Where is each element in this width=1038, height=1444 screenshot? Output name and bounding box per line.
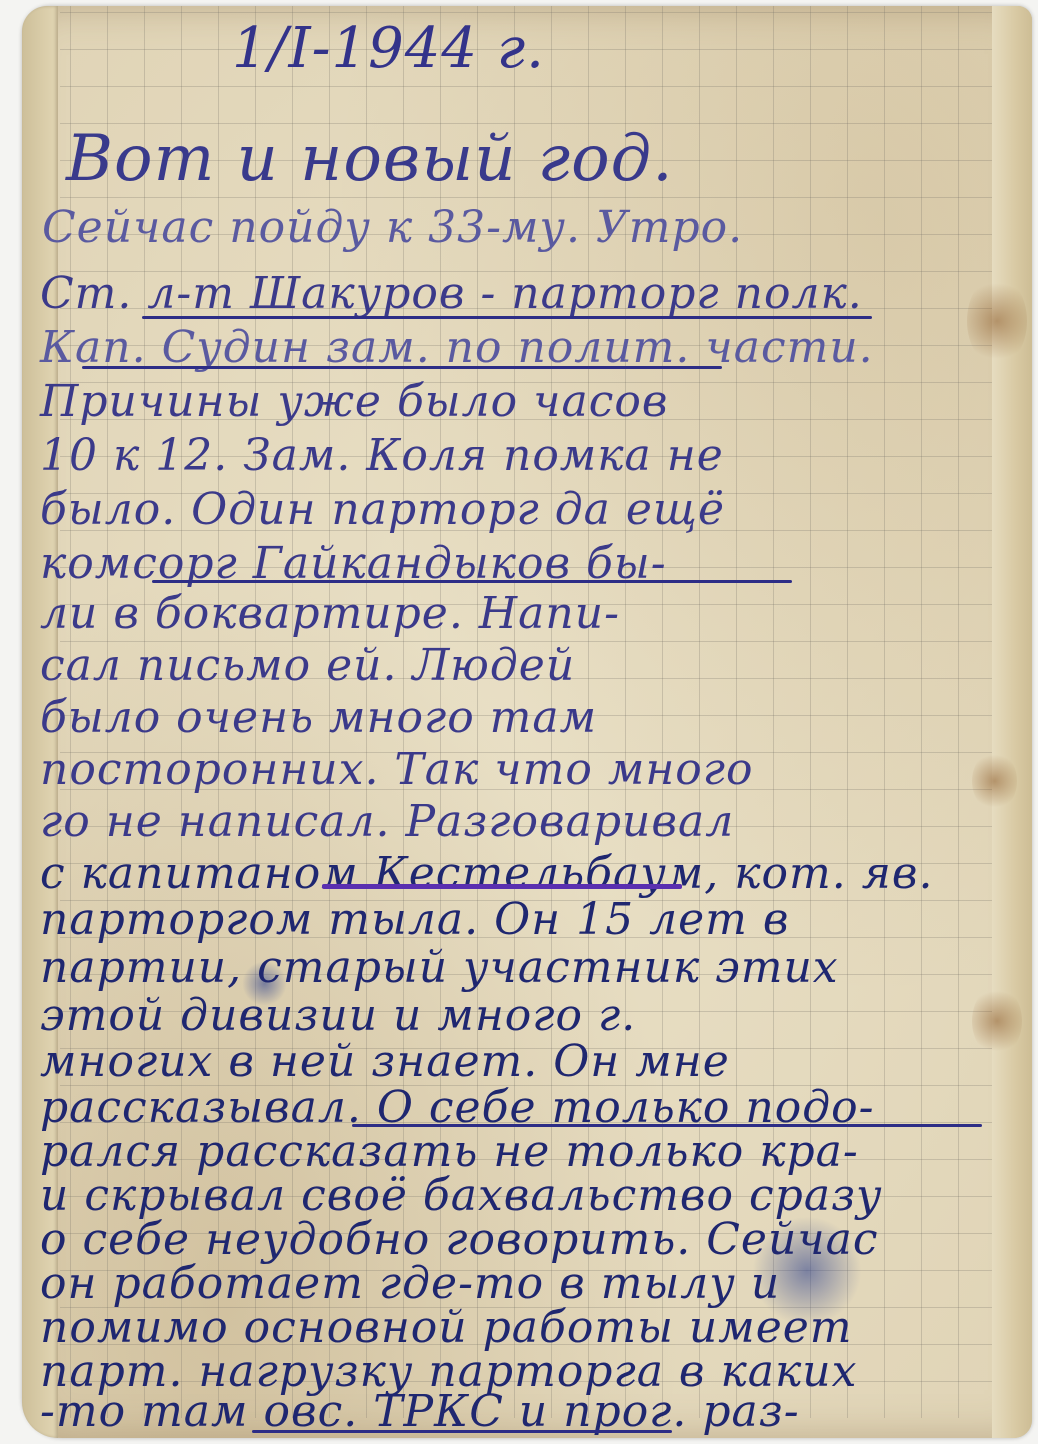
underline (142, 316, 872, 319)
rust-stain (972, 986, 1022, 1056)
underline (252, 1430, 672, 1433)
rust-stain (972, 751, 1017, 811)
diary-line: этой дивизии и много г. (40, 990, 636, 1041)
diary-line: 10 к 12. Зам. Коля помка не (40, 430, 724, 481)
diary-line: сал письмо ей. Людей (40, 640, 575, 691)
diary-line: го не написал. Разговаривал (40, 796, 734, 847)
diary-line: посторонних. Так что много (40, 744, 754, 795)
underline (352, 1124, 982, 1127)
diary-line: Ст. л-т Шакуров - парторг полк. (40, 268, 863, 319)
page-right-edge (992, 6, 1032, 1438)
diary-date: 1/I-1944 г. (232, 16, 545, 81)
diary-line: Причины уже было часов (40, 376, 668, 427)
underline (152, 580, 792, 583)
diary-title: Вот и новый год. (66, 122, 674, 196)
diary-line: парторгом тыла. Он 15 лет в (40, 894, 789, 945)
diary-line: было. Один парторг да ещё (40, 484, 725, 535)
diary-line: Сейчас пойду к 33-му. Утро. (42, 202, 743, 253)
underline (82, 366, 722, 369)
diary-line: ли в боквартире. Напи- (40, 588, 620, 639)
diary-line: с капитаном Кестельбаум, кот. яв. (40, 848, 933, 899)
diary-line: многих в ней знает. Он мне (40, 1036, 730, 1087)
diary-line: было очень много там (40, 692, 597, 743)
underline (322, 884, 682, 889)
notebook-page: 1/I-1944 г. Вот и новый год. Сейчас пойд… (22, 6, 1032, 1438)
diary-line: партии, старый участник этих (40, 942, 839, 993)
rust-stain (967, 276, 1027, 366)
